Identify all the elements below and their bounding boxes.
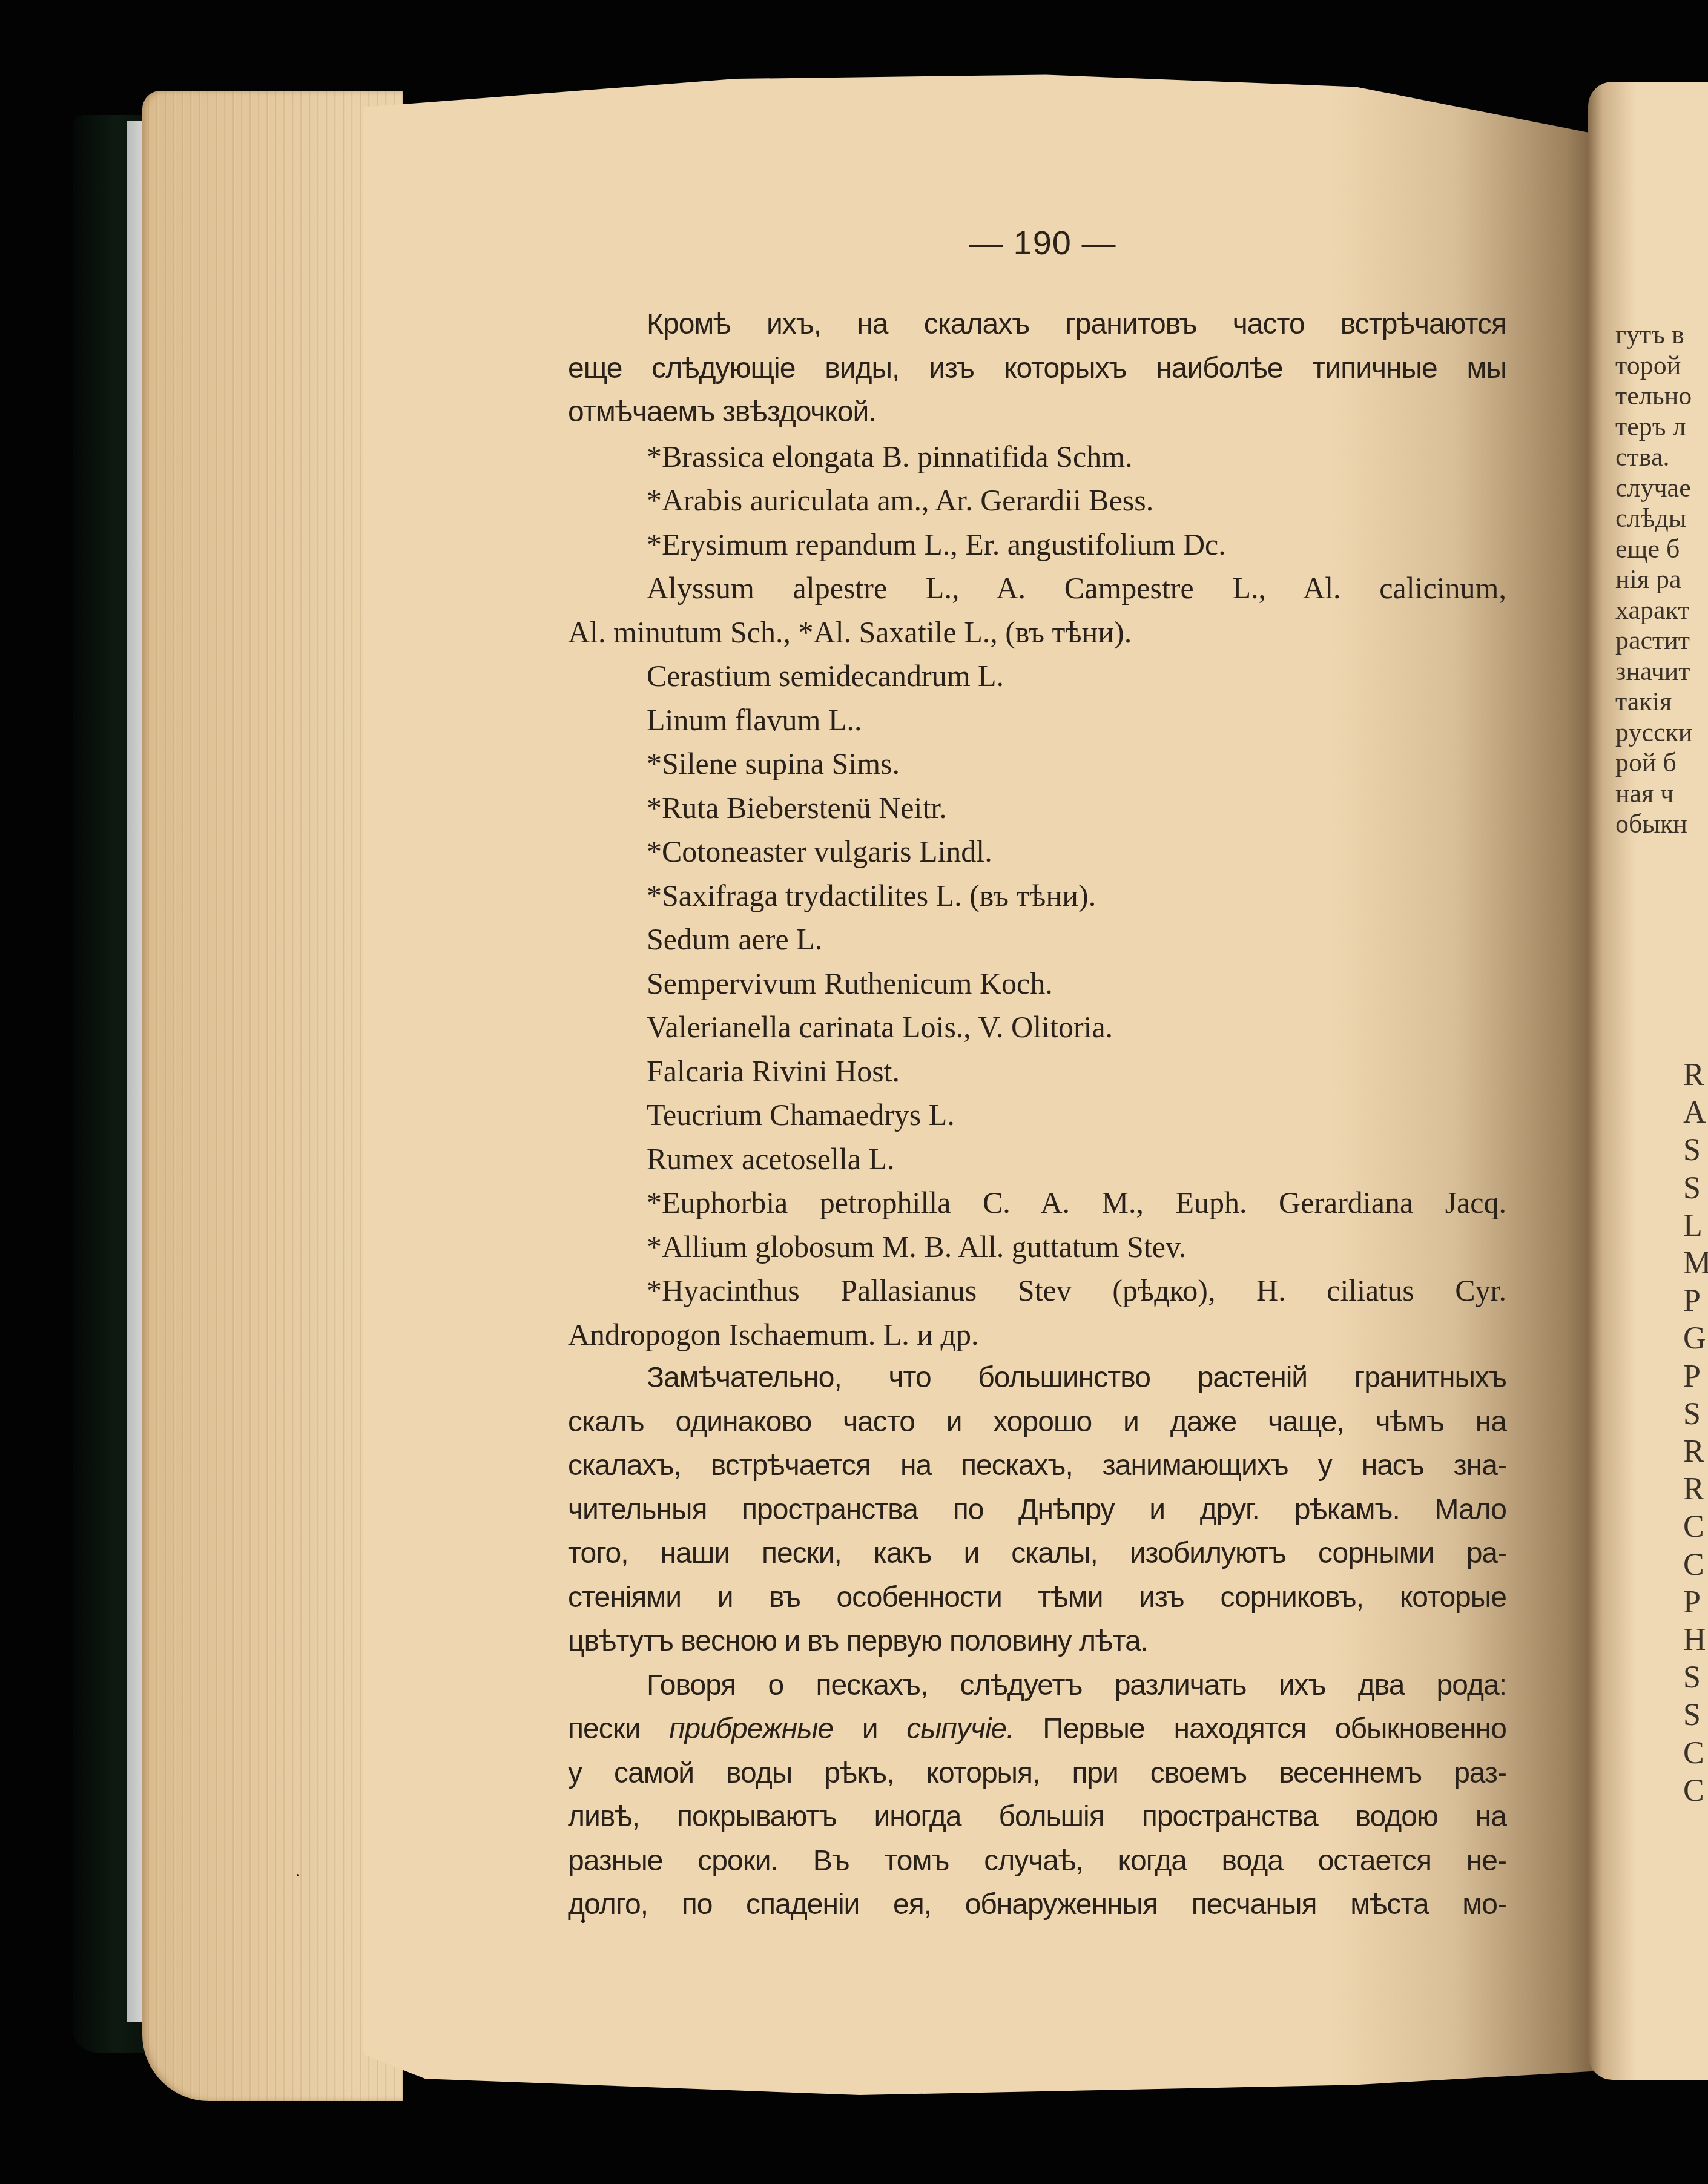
- initial: C: [1683, 1546, 1708, 1584]
- species-line: Al. minutum Sch., *Al. Saxatile L., (въ …: [568, 610, 1506, 655]
- initial: S: [1683, 1170, 1708, 1207]
- initial: L: [1683, 1207, 1708, 1245]
- text-line-with-italics: пески прибрежные и сыпучіе. Первые наход…: [568, 1707, 1506, 1752]
- text-line: того, наши пески, какъ и скалы, изобилую…: [568, 1532, 1506, 1576]
- text-line: Замѣчательно, что большинство растеній г…: [568, 1356, 1506, 1400]
- initial: G: [1683, 1320, 1708, 1358]
- text-line: скалъ одинаково часто и хорошо и даже ча…: [568, 1400, 1506, 1445]
- fragment-line: такія: [1615, 687, 1708, 718]
- text-line: чительныя пространства по Днѣпру и друг.…: [568, 1488, 1506, 1532]
- species-line: Teucrium Chamaedrys L.: [568, 1093, 1506, 1137]
- fragment-line: слѣды: [1615, 503, 1708, 534]
- fragment-line: обыкн: [1615, 809, 1708, 840]
- page-number: — 190 —: [969, 223, 1116, 262]
- initial: P: [1683, 1584, 1708, 1622]
- species-line: *Cotoneaster vulgaris Lindl.: [568, 830, 1506, 874]
- text-line: долго, по спаденіи ея, обнаруженныя песч…: [568, 1883, 1506, 1927]
- initial: C: [1683, 1772, 1708, 1810]
- fragment-line: значит: [1615, 656, 1708, 687]
- species-line: *Allium globosum M. B. All. guttatum Ste…: [568, 1225, 1506, 1269]
- initial: S: [1683, 1396, 1708, 1433]
- species-line: *Saxifraga trydactilites L. (въ тѣни).: [568, 874, 1506, 918]
- italic-term: прибрежные: [669, 1713, 833, 1745]
- fragment-line: русски: [1615, 718, 1708, 748]
- initial: C: [1683, 1508, 1708, 1546]
- initial: R: [1683, 1057, 1708, 1094]
- fragment-line: ная ч: [1615, 779, 1708, 810]
- text-line: стеніями и въ особенности тѣми изъ сорни…: [568, 1576, 1506, 1620]
- species-line: Linum flavum L..: [568, 698, 1506, 742]
- initial: C: [1683, 1735, 1708, 1772]
- initial: R: [1683, 1471, 1708, 1508]
- italic-term: сыпучіе.: [906, 1713, 1014, 1745]
- text-line: разные сроки. Въ томъ случаѣ, когда вода…: [568, 1839, 1506, 1884]
- right-page-species-initials: R A S S L M P G P S R R C C P H S S C C: [1683, 1057, 1708, 1810]
- initial: S: [1683, 1697, 1708, 1734]
- fragment-line: торой: [1615, 351, 1708, 381]
- text-line: у самой воды рѣкъ, которыя, при своемъ в…: [568, 1752, 1506, 1796]
- text-fragment: и: [862, 1713, 878, 1745]
- fragment-line: нія ра: [1615, 564, 1708, 595]
- fragment-line: гутъ в: [1615, 320, 1708, 351]
- species-line: Sedum aere L.: [568, 917, 1506, 962]
- initial: H: [1683, 1622, 1708, 1659]
- species-line: *Hyacinthus Pallasianus Stev (рѣдко), H.…: [568, 1269, 1506, 1313]
- text-line: еще слѣдующіе виды, изъ которыхъ наиболѣ…: [568, 347, 1506, 391]
- fragment-line: тельно: [1615, 381, 1708, 412]
- ink-speck: [297, 1874, 299, 1876]
- text-fragment: пески: [568, 1713, 641, 1745]
- fragment-line: рой б: [1615, 748, 1708, 779]
- text-line: ливѣ, покрываютъ иногда большія простран…: [568, 1795, 1506, 1839]
- ink-speck: [581, 1919, 585, 1923]
- species-line: *Arabis auriculata am., Ar. Gerardii Bes…: [568, 478, 1506, 523]
- initial: P: [1683, 1358, 1708, 1396]
- species-line: Alyssum alpestre L., A. Campestre L., Al…: [568, 566, 1506, 610]
- species-line: *Brassica elongata B. pinnatifida Schm.: [568, 435, 1506, 479]
- text-line: Кромѣ ихъ, на скалахъ гранитовъ часто вс…: [568, 303, 1506, 347]
- fragment-line: ства.: [1615, 442, 1708, 473]
- species-line: Falcaria Rivini Host.: [568, 1049, 1506, 1094]
- text-line: скалахъ, встрѣчается на пескахъ, занимаю…: [568, 1444, 1506, 1488]
- species-line: Sempervivum Ruthenicum Koch.: [568, 962, 1506, 1006]
- species-line: Valerianella carinata Lois., V. Olitoria…: [568, 1005, 1506, 1049]
- text-line: отмѣчаемъ звѣздочкой.: [568, 391, 1506, 435]
- fragment-line: еще б: [1615, 534, 1708, 565]
- right-page-text-fragment: гутъ в торой тельно теръ л ства. случае …: [1615, 320, 1708, 840]
- species-line: Rumex acetosella L.: [568, 1137, 1506, 1181]
- initial: S: [1683, 1659, 1708, 1697]
- page-body-text: Кромѣ ихъ, на скалахъ гранитовъ часто вс…: [568, 303, 1506, 1927]
- text-line: Говоря о пескахъ, слѣдуетъ различать ихъ…: [568, 1664, 1506, 1708]
- fragment-line: растит: [1615, 625, 1708, 656]
- species-line: Andropogon Ischaemum. L. и др.: [568, 1313, 1506, 1357]
- initial: A: [1683, 1094, 1708, 1132]
- species-line: *Erysimum repandum L., Er. angustifolium…: [568, 523, 1506, 567]
- initial: S: [1683, 1132, 1708, 1169]
- fragment-line: характ: [1615, 595, 1708, 626]
- text-fragment: Первые находятся обыкновенно: [1043, 1713, 1506, 1745]
- species-line: *Euphorbia petrophilla C. A. M., Euph. G…: [568, 1181, 1506, 1225]
- species-line: *Ruta Bieberstenü Neitr.: [568, 786, 1506, 830]
- species-line: *Silene supina Sims.: [568, 742, 1506, 786]
- fragment-line: теръ л: [1615, 412, 1708, 443]
- initial: P: [1683, 1282, 1708, 1320]
- text-line: цвѣтутъ весною и въ первую половину лѣта…: [568, 1620, 1506, 1664]
- initial: M: [1683, 1245, 1708, 1282]
- fragment-line: случае: [1615, 473, 1708, 504]
- book-scan: — 190 — Кромѣ ихъ, на скалахъ гранитовъ …: [0, 0, 1708, 2184]
- initial: R: [1683, 1433, 1708, 1471]
- species-line: Cerastium semidecandrum L.: [568, 654, 1506, 698]
